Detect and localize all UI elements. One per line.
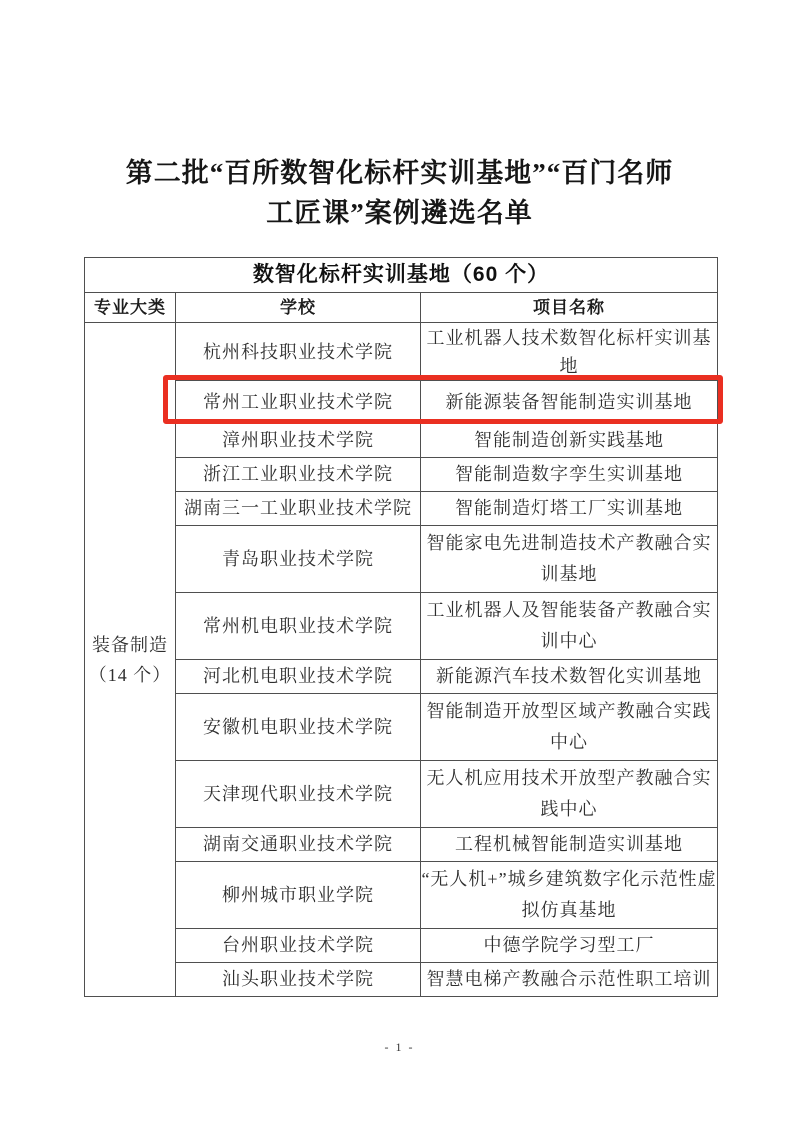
selection-list-table: 数智化标杆实训基地（60 个） 专业大类 学校 项目名称 装备制造 （14 个）… [84, 257, 718, 997]
project-cell: 新能源装备智能制造实训基地 [421, 381, 718, 424]
table-row: 湖南三一工业职业技术学院 智能制造灯塔工厂实训基地 [85, 492, 718, 526]
project-cell: “无人机+”城乡建筑数字化示范性虚拟仿真基地 [421, 862, 718, 929]
school-cell: 漳州职业技术学院 [176, 424, 421, 458]
project-cell: 智能制造数字孪生实训基地 [421, 458, 718, 492]
table-row: 柳州城市职业学院 “无人机+”城乡建筑数字化示范性虚拟仿真基地 [85, 862, 718, 929]
project-cell: 智能家电先进制造技术产教融合实训基地 [421, 526, 718, 593]
school-cell: 柳州城市职业学院 [176, 862, 421, 929]
table-row: 天津现代职业技术学院 无人机应用技术开放型产教融合实践中心 [85, 761, 718, 828]
school-cell: 安徽机电职业技术学院 [176, 694, 421, 761]
table-row: 装备制造 （14 个） 杭州科技职业技术学院 工业机器人技术数智化标杆实训基地 [85, 323, 718, 381]
school-cell: 汕头职业技术学院 [176, 963, 421, 997]
table-row: 台州职业技术学院 中德学院学习型工厂 [85, 929, 718, 963]
project-cell: 工程机械智能制造实训基地 [421, 828, 718, 862]
school-cell: 天津现代职业技术学院 [176, 761, 421, 828]
table-row: 常州机电职业技术学院 工业机器人及智能装备产教融合实训中心 [85, 593, 718, 660]
category-name: 装备制造 [85, 630, 175, 660]
school-cell: 浙江工业职业技术学院 [176, 458, 421, 492]
table-row: 汕头职业技术学院 智慧电梯产教融合示范性职工培训 [85, 963, 718, 997]
project-cell: 智能制造创新实践基地 [421, 424, 718, 458]
project-cell: 智慧电梯产教融合示范性职工培训 [421, 963, 718, 997]
document-title-line2: 工匠课”案例遴选名单 [0, 193, 799, 233]
page-number: - 1 - [0, 1040, 799, 1055]
header-school: 学校 [176, 293, 421, 323]
category-cell: 装备制造 （14 个） [85, 323, 176, 997]
school-cell: 河北机电职业技术学院 [176, 660, 421, 694]
school-cell: 杭州科技职业技术学院 [176, 323, 421, 381]
category-count: （14 个） [85, 660, 175, 690]
table-header-row: 专业大类 学校 项目名称 [85, 293, 718, 323]
table-row-highlighted: 常州工业职业技术学院 新能源装备智能制造实训基地 [85, 381, 718, 424]
table-row: 安徽机电职业技术学院 智能制造开放型区域产教融合实践中心 [85, 694, 718, 761]
project-cell: 工业机器人技术数智化标杆实训基地 [421, 323, 718, 381]
school-cell: 台州职业技术学院 [176, 929, 421, 963]
document-title: 第二批“百所数智化标杆实训基地”“百门名师 工匠课”案例遴选名单 [0, 153, 799, 233]
table-row: 漳州职业技术学院 智能制造创新实践基地 [85, 424, 718, 458]
table-banner: 数智化标杆实训基地（60 个） [85, 258, 718, 293]
table-row: 湖南交通职业技术学院 工程机械智能制造实训基地 [85, 828, 718, 862]
project-cell: 无人机应用技术开放型产教融合实践中心 [421, 761, 718, 828]
project-cell: 中德学院学习型工厂 [421, 929, 718, 963]
school-cell: 青岛职业技术学院 [176, 526, 421, 593]
header-category: 专业大类 [85, 293, 176, 323]
table-banner-row: 数智化标杆实训基地（60 个） [85, 258, 718, 293]
school-cell: 湖南交通职业技术学院 [176, 828, 421, 862]
table-row: 青岛职业技术学院 智能家电先进制造技术产教融合实训基地 [85, 526, 718, 593]
school-cell: 常州工业职业技术学院 [176, 381, 421, 424]
school-cell: 湖南三一工业职业技术学院 [176, 492, 421, 526]
document-title-line1: 第二批“百所数智化标杆实训基地”“百门名师 [0, 153, 799, 193]
header-project: 项目名称 [421, 293, 718, 323]
table-row: 河北机电职业技术学院 新能源汽车技术数智化实训基地 [85, 660, 718, 694]
project-cell: 智能制造开放型区域产教融合实践中心 [421, 694, 718, 761]
project-cell: 新能源汽车技术数智化实训基地 [421, 660, 718, 694]
project-cell: 工业机器人及智能装备产教融合实训中心 [421, 593, 718, 660]
table-row: 浙江工业职业技术学院 智能制造数字孪生实训基地 [85, 458, 718, 492]
school-cell: 常州机电职业技术学院 [176, 593, 421, 660]
project-cell: 智能制造灯塔工厂实训基地 [421, 492, 718, 526]
